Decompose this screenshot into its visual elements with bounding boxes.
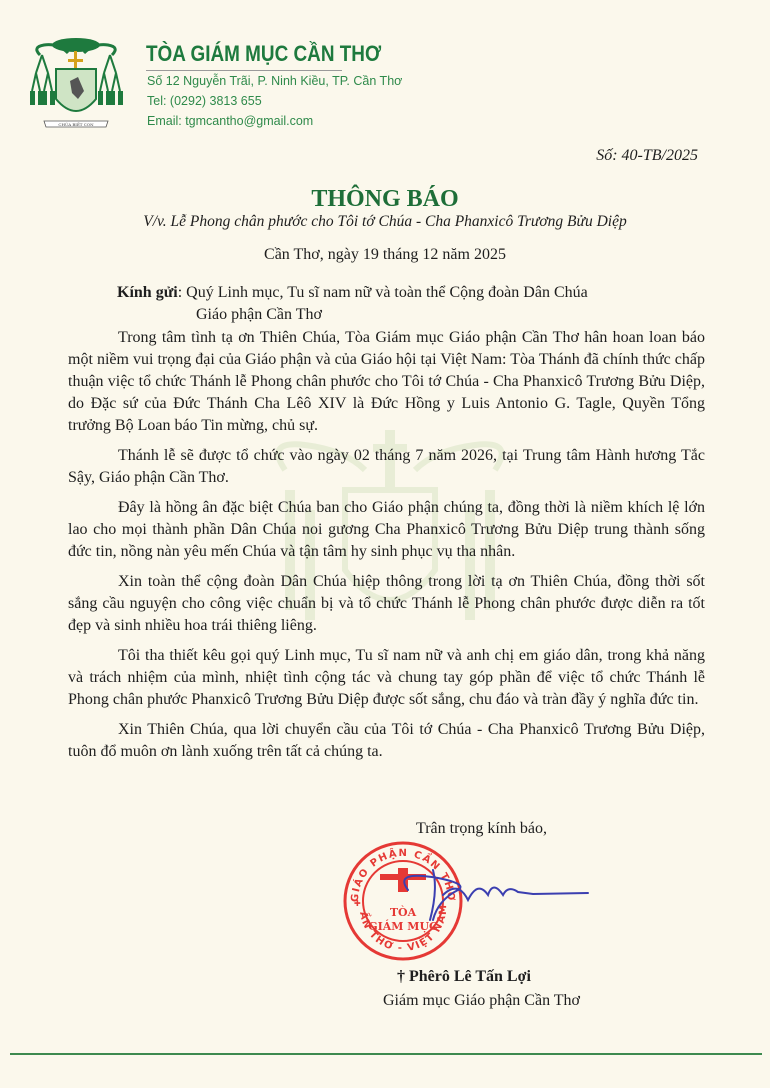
header-divider [146,70,342,71]
svg-text:CHÚA BIẾT CON: CHÚA BIẾT CON [58,121,94,127]
organization-name: TÒA GIÁM MỤC CẦN THƠ [146,41,381,67]
reference-number: Số: 40-TB/2025 [596,147,698,165]
footer-divider [10,1053,762,1055]
closing-phrase: Trân trọng kính báo, [416,820,547,838]
paragraph: Trong tâm tình tạ ơn Thiên Chúa, Tòa Giá… [68,327,705,437]
paragraph: Thánh lễ sẽ được tổ chức vào ngày 02 thá… [68,445,705,489]
svg-text:✚: ✚ [354,899,361,908]
document-body: Trong tâm tình tạ ơn Thiên Chúa, Tòa Giá… [68,327,705,771]
recipients-line1: : Quý Linh mục, Tu sĩ nam nữ và toàn thể… [178,284,588,301]
paragraph: Tôi tha thiết kêu gọi quý Linh mục, Tu s… [68,645,705,711]
organization-phone: Tel: (0292) 3813 655 [147,94,262,108]
recipients-label: Kính gửi [117,284,178,301]
recipients-line2: Giáo phận Cần Thơ [117,304,717,326]
paragraph: Xin toàn thể cộng đoàn Dân Chúa hiệp thô… [68,571,705,637]
handwritten-signature-icon [398,860,598,930]
document-title: THÔNG BÁO [0,186,770,213]
organization-address: Số 12 Nguyễn Trãi, P. Ninh Kiều, TP. Cần… [147,74,402,88]
coat-of-arms-icon: CHÚA BIẾT CON [28,33,124,133]
paragraph: Xin Thiên Chúa, qua lời chuyển cầu của T… [68,719,705,763]
document-subject: V/v. Lễ Phong chân phước cho Tôi tớ Chúa… [0,213,770,231]
signer-name: † Phêrô Lê Tấn Lợi [397,968,531,986]
place-date: Cần Thơ, ngày 19 tháng 12 năm 2025 [0,246,770,264]
signer-role: Giám mục Giáo phận Cần Thơ [383,992,580,1010]
organization-email[interactable]: Email: tgmcantho@gmail.com [147,114,313,128]
paragraph: Đây là hồng ân đặc biệt Chúa ban cho Giá… [68,497,705,563]
recipients: Kính gửi: Quý Linh mục, Tu sĩ nam nữ và … [117,282,717,326]
